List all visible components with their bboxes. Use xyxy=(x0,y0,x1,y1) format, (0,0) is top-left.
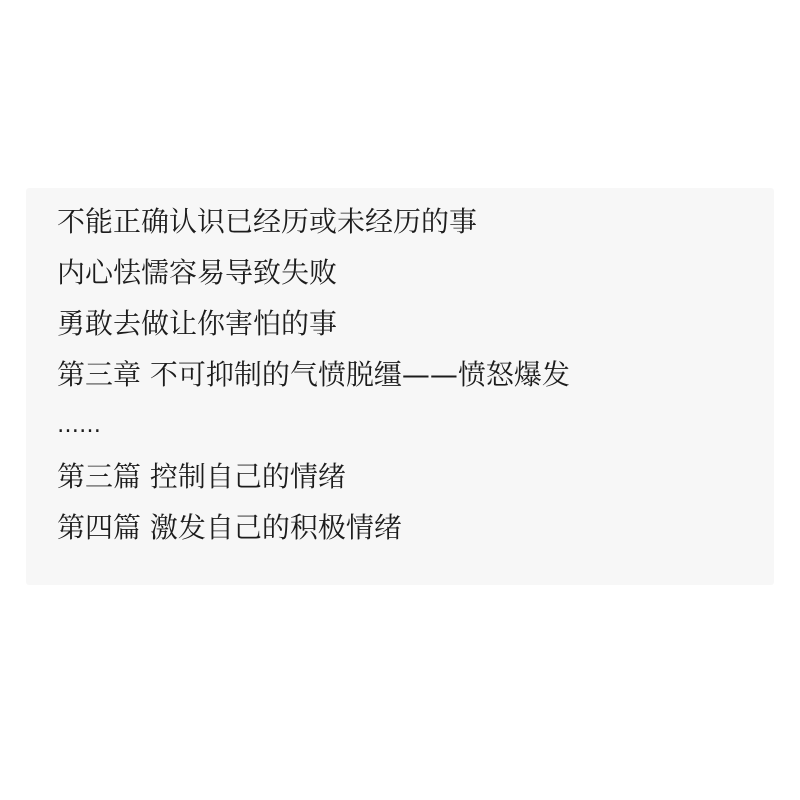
toc-line-chapter: 第三章 不可抑制的气愤脱缰——愤怒爆发 xyxy=(57,349,570,400)
toc-ellipsis: …… xyxy=(57,400,570,451)
table-of-contents-excerpt: 不能正确认识已经历或未经历的事 内心怯懦容易导致失败 勇敢去做让你害怕的事 第三… xyxy=(57,196,570,553)
toc-line-section: 不能正确认识已经历或未经历的事 xyxy=(57,196,570,247)
toc-line-part: 第三篇 控制自己的情绪 xyxy=(57,451,570,502)
toc-line-part: 第四篇 激发自己的积极情绪 xyxy=(57,502,570,553)
toc-line-section: 勇敢去做让你害怕的事 xyxy=(57,298,570,349)
toc-line-section: 内心怯懦容易导致失败 xyxy=(57,247,570,298)
